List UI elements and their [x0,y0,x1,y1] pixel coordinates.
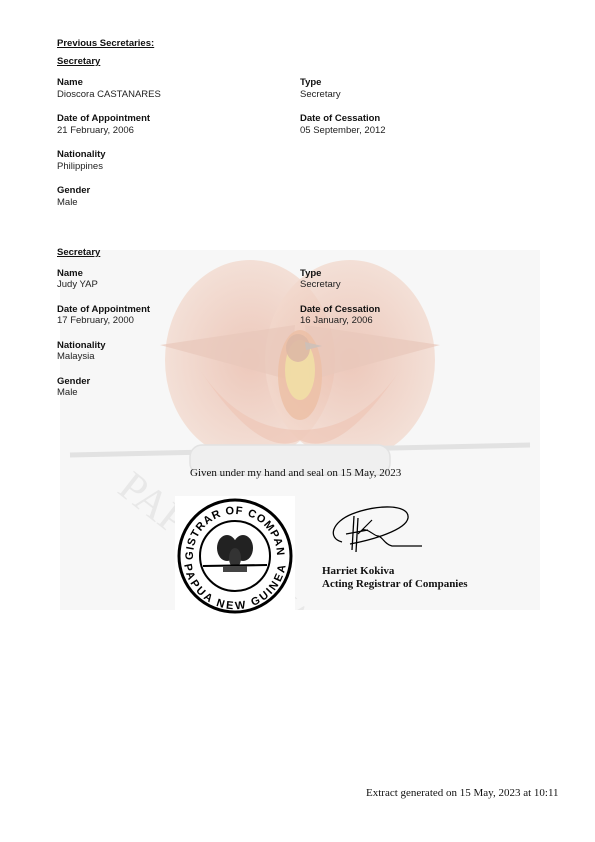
extract-generated-footer: Extract generated on 15 May, 2023 at 10:… [366,787,559,799]
document-page: PAPUA NEW GUINEA Previous Secretaries: S… [0,0,595,842]
record-heading: Secretary [57,56,100,68]
nationality-value: Malaysia [57,351,95,363]
type-label: Type [300,77,321,89]
gender-label: Gender [57,185,90,197]
record-heading: Secretary [57,247,100,259]
nationality-value: Philippines [57,161,103,173]
appointment-value: 17 February, 2000 [57,315,134,327]
section-title: Previous Secretaries: [57,38,154,50]
nationality-label: Nationality [57,149,106,161]
signatory-name: Harriet Kokiva [322,565,394,578]
type-value: Secretary [300,279,341,291]
appointment-label: Date of Appointment [57,113,150,125]
signatory-title: Acting Registrar of Companies [322,578,468,591]
gender-value: Male [57,197,78,209]
registrar-seal: REGISTRAR OF COMPANIES PAPUA NEW GUINEA [175,496,295,614]
name-value: Judy YAP [57,279,98,291]
appointment-value: 21 February, 2006 [57,125,134,137]
cessation-value: 16 January, 2006 [300,315,373,327]
given-under-statement: Given under my hand and seal on 15 May, … [190,467,401,479]
cessation-value: 05 September, 2012 [300,125,386,137]
seal-icon: REGISTRAR OF COMPANIES PAPUA NEW GUINEA [175,496,295,614]
name-value: Dioscora CASTANARES [57,89,161,101]
handwritten-signature-icon [322,500,437,558]
signature [322,500,437,558]
name-label: Name [57,77,83,89]
gender-value: Male [57,387,78,399]
type-value: Secretary [300,89,341,101]
cessation-label: Date of Cessation [300,113,380,125]
